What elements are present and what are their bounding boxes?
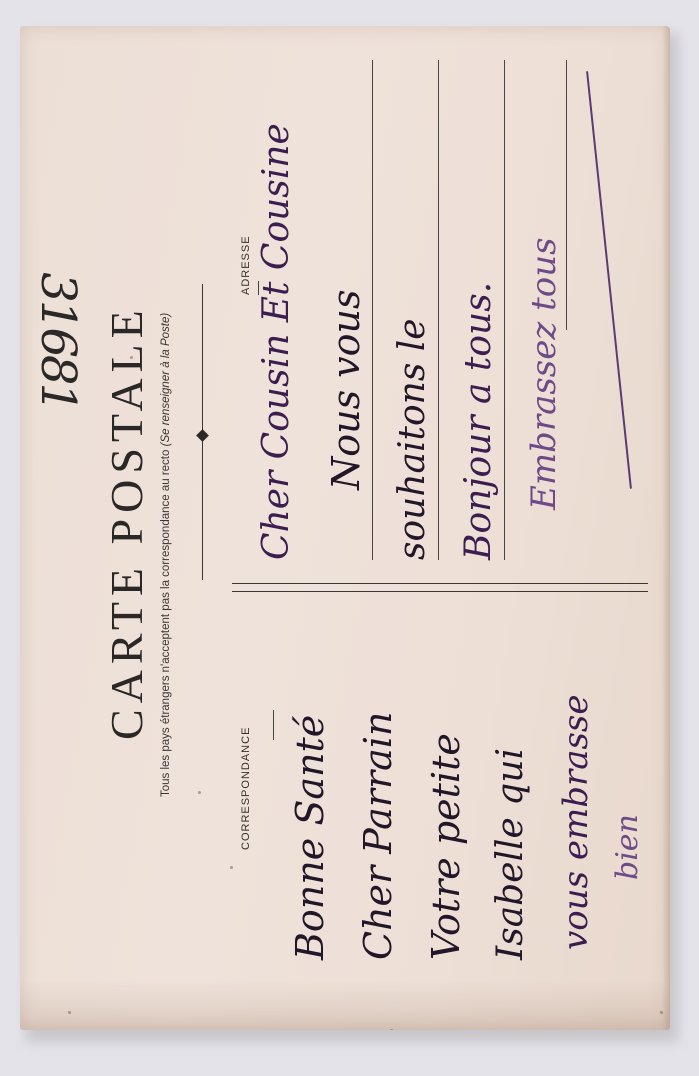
diamond-ornament-icon — [196, 429, 209, 442]
address-handwriting-line: Nous vous — [324, 289, 368, 490]
postcard: 31681 CARTE POSTALE Tous les pays étrang… — [20, 26, 670, 1030]
label-address: ADRESSE — [240, 235, 252, 295]
label-correspondence: CORRESPONDANCE — [240, 727, 252, 850]
reference-number: 31681 — [30, 290, 100, 410]
address-line — [372, 60, 373, 560]
correspondence-line: Isabelle qui — [490, 748, 531, 960]
label-underline — [273, 710, 274, 740]
divider-line — [232, 583, 648, 584]
address-line — [438, 60, 439, 560]
address-line — [504, 60, 505, 560]
address-line — [566, 60, 567, 330]
correspondence-line: Votre petite — [424, 733, 468, 960]
address-handwriting-line: souhaitons le — [392, 318, 433, 560]
ink-flourish — [586, 71, 632, 489]
correspondence-line: Cher Parrain — [356, 712, 400, 960]
postcard-title: CARTE POSTALE — [100, 304, 153, 740]
postal-notice-italic: (Se renseigner à la Poste) — [160, 313, 172, 447]
postal-notice-text: Tous les pays étrangers n'acceptent pas … — [160, 450, 172, 797]
postcard-back-rotated: 31681 CARTE POSTALE Tous les pays étrang… — [20, 26, 670, 1030]
address-handwriting-line: Embrassez tous — [524, 237, 564, 510]
address-handwriting-line: Cher Cousin Et Cousine — [256, 123, 297, 560]
correspondence-line: Bonne Santé — [288, 715, 332, 960]
divider-line — [232, 591, 648, 592]
correspondence-line: bien — [610, 814, 645, 880]
correspondence-line: vous embrasse — [556, 695, 596, 951]
postal-notice: Tous les pays étrangers n'acceptent pas … — [160, 313, 172, 797]
address-handwriting-line: Bonjour a tous. — [458, 282, 499, 560]
